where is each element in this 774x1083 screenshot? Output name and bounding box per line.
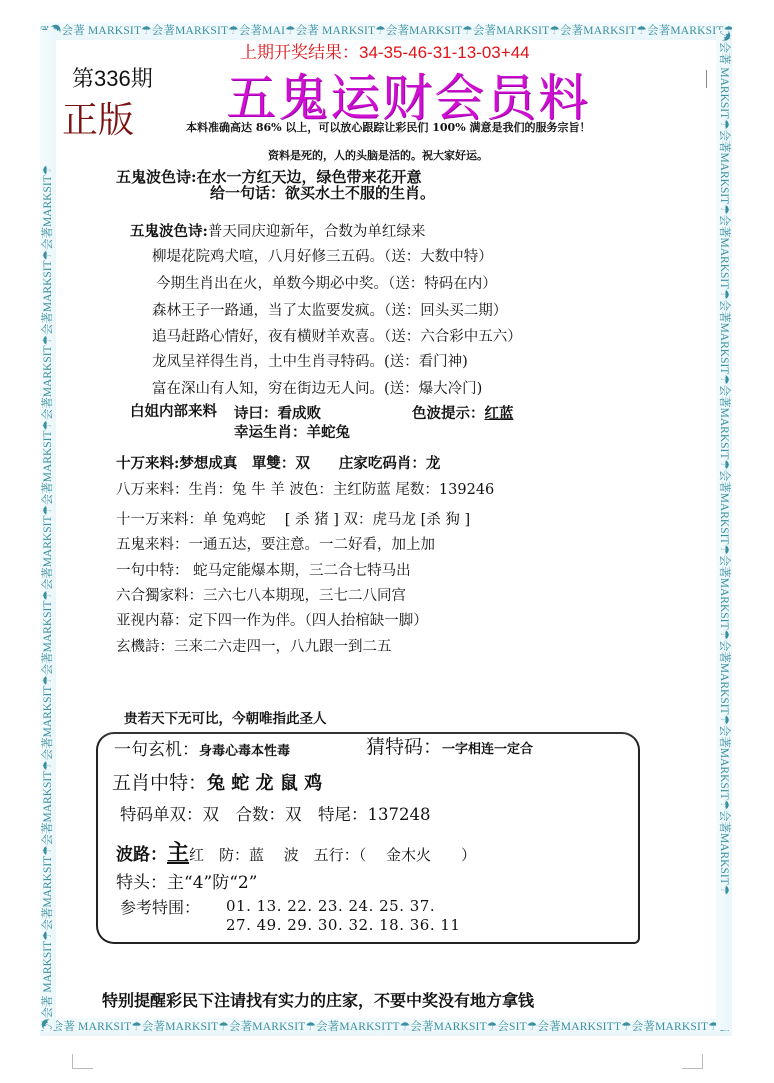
item-line: 一句中特： 蛇马定能爆本期，三二合七特马出 — [116, 559, 411, 580]
poem2-line: 森林王子一路通，当了太监要发疯。（送：回头买二期） — [152, 299, 507, 320]
poem2-line: 今期生肖出在火，单数今期必中奖。（送：特码在内） — [156, 272, 497, 293]
edition-label: 正版 — [62, 92, 134, 143]
poem2-line: 柳堤花院鸡犬喧，八月好修三五码。（送：大数中特） — [152, 245, 493, 266]
baijie-lucky: 幸运生肖：羊蛇兔 — [234, 421, 350, 442]
item-line: 玄機詩：三来二六走四一，八九跟一到二五 — [116, 635, 392, 656]
poem2-line: 龙凤呈祥得生肖，土中生肖寻特码。(送：看门神) — [152, 350, 468, 371]
crop-mark-left — [72, 1054, 93, 1069]
tagline-2: 资料是死的，人的头脑是活的。祝大家好运。 — [268, 147, 488, 163]
item-line: 亚视内幕：定下四一作为伴。（四人抬棺缺一脚） — [116, 609, 428, 630]
border-right: ☂会著 MARKSIT☂会著MARKSIT☂会著MARKSIT☂会著MARKSI… — [716, 30, 732, 1030]
item-line: 十万来料:梦想成真 單雙：双 庄家吃码肖：龙 — [116, 452, 440, 473]
baijie-poem: 诗曰：看成败 — [234, 402, 321, 423]
bolu: 波路：主红 防：蓝 波 五行：（ 金木火 ） — [116, 836, 476, 867]
border-bottom: ☂会著 MARKSIT☂会著MARKSIT☂会著MARKSIT☂会著MARKSI… — [40, 1018, 732, 1036]
poem2-line: 追马赶路心情好，夜有横财羊欢喜。（送：六合彩中五六） — [152, 325, 522, 346]
cankao-label: 参考特围： — [120, 895, 200, 918]
item-line: 六合獨家料：三六七八本期现，三七二八同宫 — [116, 584, 406, 605]
baijie-label: 白姐内部来料 — [130, 400, 217, 421]
crop-mark-right — [682, 1054, 703, 1069]
cankao-line2: 27. 49. 29. 30. 32. 18. 36. 11 — [226, 916, 460, 934]
cai-tema: 猜特码：一字相连一定合 — [366, 732, 533, 759]
issue-number: 第336期 — [72, 62, 153, 93]
guiruo-line: 贵若天下无可比，今朝唯指此圣人 — [124, 707, 327, 727]
poem2-line: 富在深山有人知，穷在街边无人问。(送：爆大冷门) — [152, 377, 482, 398]
cursor-mark — [706, 70, 707, 88]
poem2-head: 五鬼波色诗:普天同庆迎新年，合数为单红绿来 — [130, 220, 425, 241]
wuxiao: 五肖中特：兔 蛇 龙 鼠 鸡 — [112, 768, 322, 795]
danshuang: 特码单双：双 合数：双 特尾：137248 — [120, 801, 431, 825]
xuanji: 一句玄机：身毒心毒本性毒 — [114, 735, 290, 760]
item-line: 五鬼来料：一通五达，要注意。一二好看，加上加 — [116, 533, 435, 554]
footer-reminder: 特别提醒彩民下注请找有实力的庄家，不要中奖没有地方拿钱 — [102, 988, 534, 1011]
tetou: 特头：主“4”防“2” — [116, 868, 257, 893]
poem1-label: 五鬼波色诗: — [116, 168, 197, 186]
item-line: 八万来料：生肖：兔 牛 羊 波色：主红防蓝 尾数：139246 — [116, 478, 494, 499]
tagline-1: 本料准确高达 86% 以上，可以放心跟踪让彩民们 100% 满意是我们的服务宗旨… — [186, 119, 591, 135]
border-left: ☂会著 MARKSIT☂会著MARKSIT☂会著MARKSIT☂会著MARKSI… — [40, 30, 56, 1030]
item-line: 十一万来料：单 兔鸡蛇 [ 杀 猪 ] 双：虎马龙 [杀 狗 ] — [116, 508, 470, 529]
color-hint: 色波提示：红蓝 — [412, 402, 514, 423]
poem2-label: 五鬼波色诗: — [130, 223, 208, 240]
poem1-line2: 给一句话：欲买水土不服的生肖。 — [210, 182, 435, 203]
cankao-line1: 01. 13. 22. 23. 24. 25. 37. — [226, 897, 435, 915]
